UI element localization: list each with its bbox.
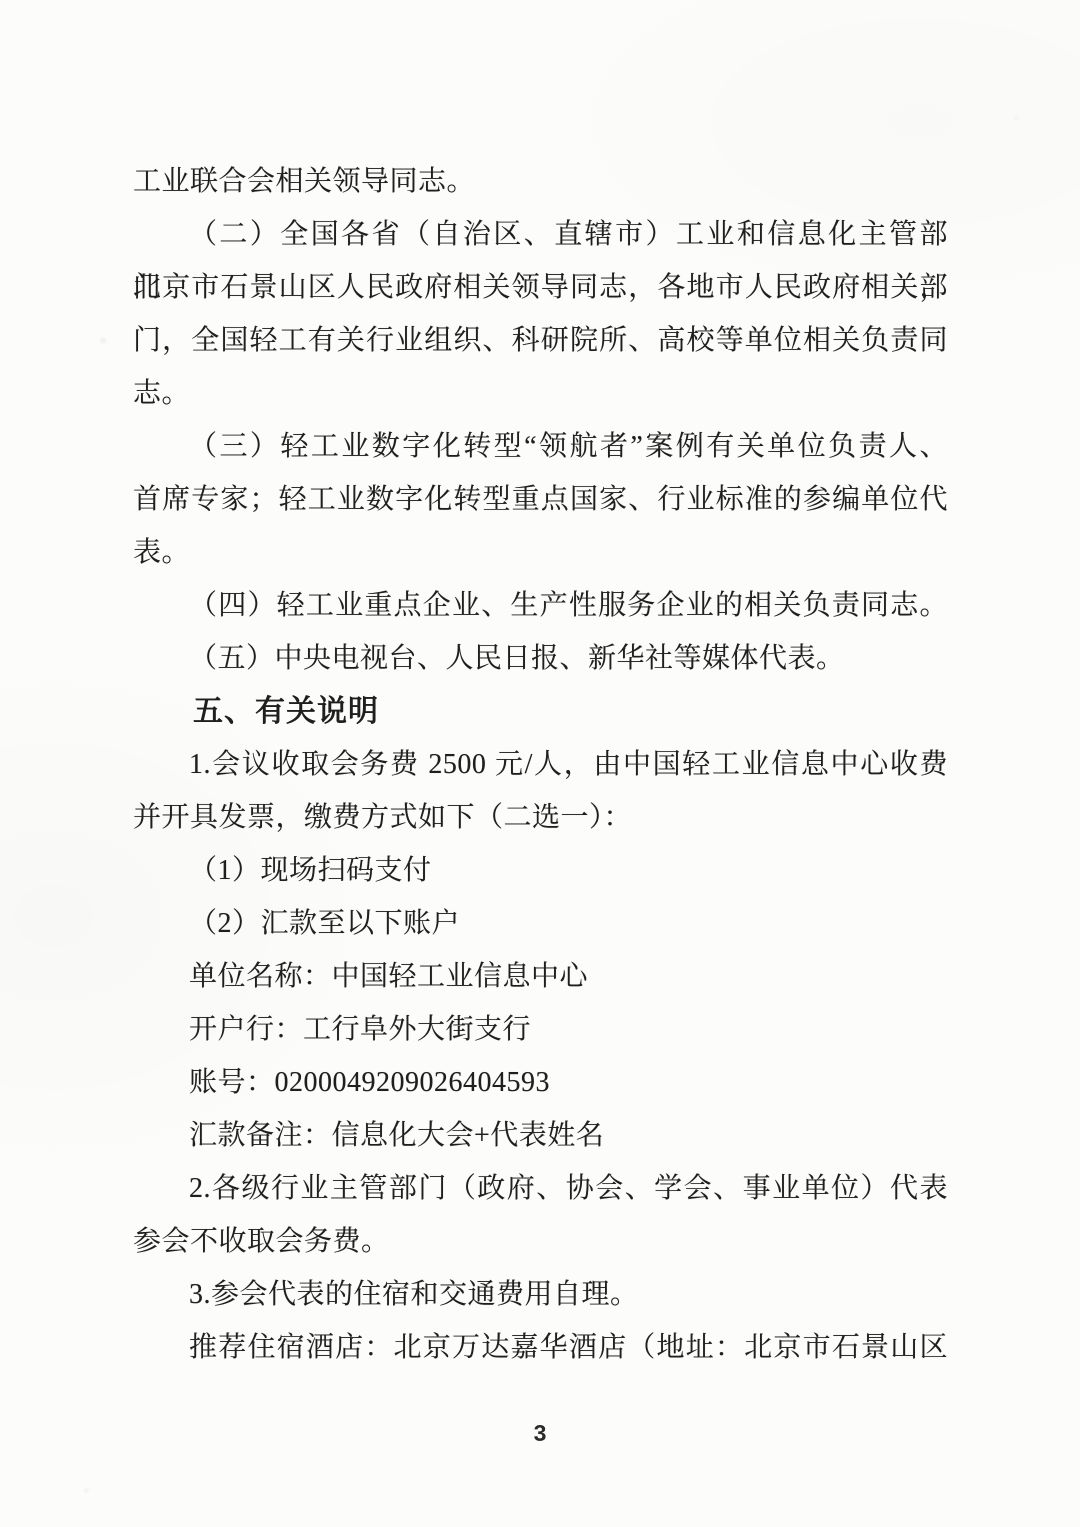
text-line: 志。: [133, 367, 948, 420]
text-line: （1）现场扫码支付: [133, 844, 948, 897]
text-line: （2）汇款至以下账户: [133, 897, 948, 950]
scan-speck: [1014, 116, 1019, 120]
text-line: 首席专家；轻工业数字化转型重点国家、行业标准的参编单位代: [133, 473, 948, 526]
text-line: 参会不收取会务费。: [133, 1215, 948, 1268]
text-line: （五）中央电视台、人民日报、新华社等媒体代表。: [133, 632, 948, 685]
document-body: 工业联合会相关领导同志。（二）全国各省（自治区、直辖市）工业和信息化主管部门，北…: [133, 155, 948, 1374]
text-line: 账号：0200049209026404593: [133, 1056, 948, 1109]
text-line: 3.参会代表的住宿和交通费用自理。: [133, 1268, 948, 1321]
text-line: 2.各级行业主管部门（政府、协会、学会、事业单位）代表: [133, 1162, 948, 1215]
text-line: （二）全国各省（自治区、直辖市）工业和信息化主管部门，: [133, 208, 948, 261]
document-page: 工业联合会相关领导同志。（二）全国各省（自治区、直辖市）工业和信息化主管部门，北…: [0, 0, 1080, 1527]
text-line: 汇款备注：信息化大会+代表姓名: [133, 1109, 948, 1162]
text-line: 门，全国轻工有关行业组织、科研院所、高校等单位相关负责同: [133, 314, 948, 367]
text-line: 单位名称：中国轻工业信息中心: [133, 950, 948, 1003]
text-line: （三）轻工业数字化转型“领航者”案例有关单位负责人、: [133, 420, 948, 473]
text-line: 推荐住宿酒店：北京万达嘉华酒店（地址：北京市石景山区: [133, 1321, 948, 1374]
text-line: 表。: [133, 526, 948, 579]
scan-speck: [100, 338, 106, 343]
text-line: 1.会议收取会务费 2500 元/人，由中国轻工业信息中心收费: [133, 738, 948, 791]
section-heading: 五、有关说明: [133, 685, 948, 738]
text-line: 并开具发票，缴费方式如下（二选一）：: [133, 791, 948, 844]
scan-speck: [84, 1488, 89, 1493]
text-line: 北京市石景山区人民政府相关领导同志，各地市人民政府相关部: [133, 261, 948, 314]
text-line: 工业联合会相关领导同志。: [133, 155, 948, 208]
text-line: （四）轻工业重点企业、生产性服务企业的相关负责同志。: [133, 579, 948, 632]
page-number: 3: [0, 1420, 1080, 1447]
text-line: 开户行：工行阜外大街支行: [133, 1003, 948, 1056]
